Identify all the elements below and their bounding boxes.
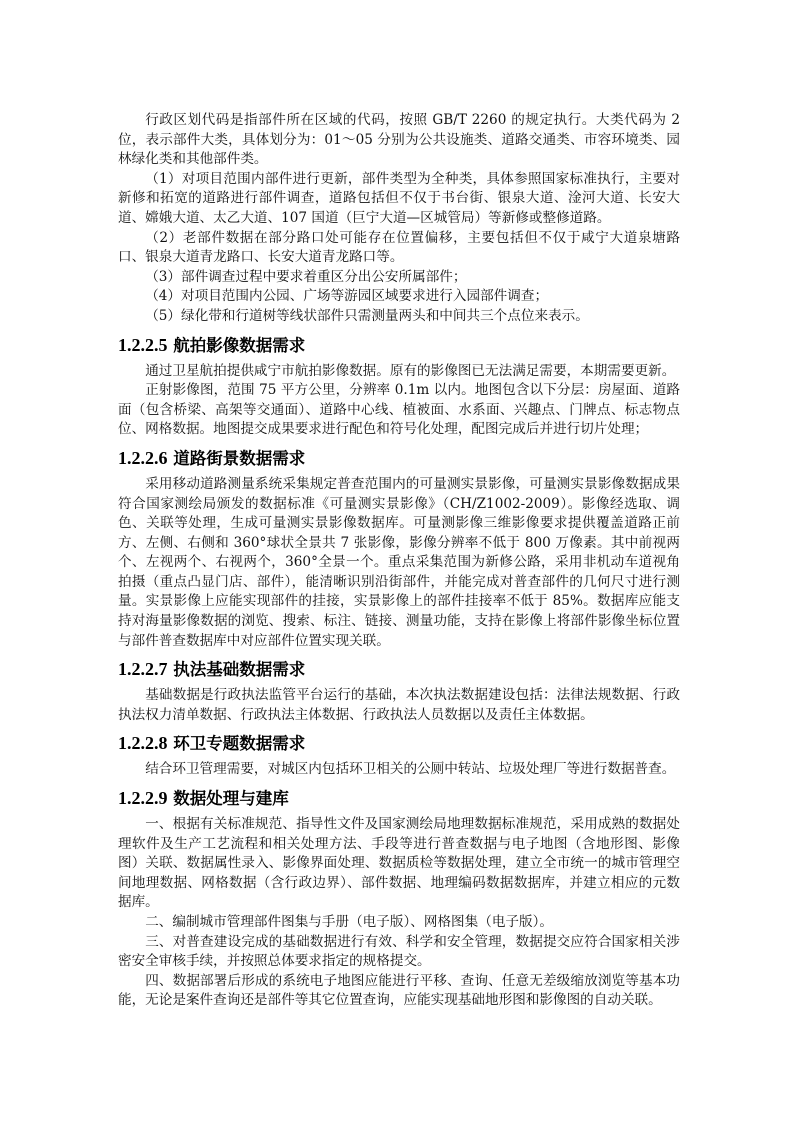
section-heading-1226: 1.2.2.6 道路街景数据需求: [118, 446, 680, 471]
intro-item-4: （4）对项目范围内公园、广场等游园区域要求进行入园部件调查；: [118, 287, 680, 307]
section-title: 道路街景数据需求: [173, 449, 305, 468]
section-number: 1.2.2.7: [118, 659, 168, 679]
section-paragraph: 四、数据部署后形成的系统电子地图应能进行平移、查询、任意无差级缩放浏览等基本功能…: [118, 972, 680, 1011]
section-title: 环卫专题数据需求: [173, 734, 305, 753]
section-number: 1.2.2.6: [118, 448, 168, 468]
section-number: 1.2.2.8: [118, 733, 168, 753]
section-title: 执法基础数据需求: [173, 660, 305, 679]
section-number: 1.2.2.5: [118, 335, 168, 355]
section-number: 1.2.2.9: [118, 788, 168, 808]
intro-paragraph: 行政区划代码是指部件所在区域的代码，按照 GB/T 2260 的规定执行。大类代…: [118, 111, 680, 170]
section-paragraph: 采用移动道路测量系统采集规定普查范围内的可量测实景影像，可量测实景影像数据成果符…: [118, 475, 680, 651]
intro-item-5: （5）绿化带和行道树等线状部件只需测量两头和中间共三个点位来表示。: [118, 307, 680, 327]
section-heading-1225: 1.2.2.5 航拍影像数据需求: [118, 333, 680, 358]
section-heading-1229: 1.2.2.9 数据处理与建库: [118, 786, 680, 811]
section-title: 航拍影像数据需求: [173, 336, 305, 355]
intro-item-2: （2）老部件数据在部分路口处可能存在位置偏移，主要包括但不仅于咸宁大道泉塘路口、…: [118, 229, 680, 268]
section-heading-1228: 1.2.2.8 环卫专题数据需求: [118, 731, 680, 756]
section-paragraph: 结合环卫管理需要，对城区内包括环卫相关的公厕中转站、垃圾处理厂等进行数据普查。: [118, 760, 680, 780]
section-paragraph: 三、对普查建设完成的基础数据进行有效、科学和安全管理，数据提交应符合国家相关涉密…: [118, 933, 680, 972]
section-paragraph: 正射影像图，范围 75 平方公里，分辨率 0.1m 以内。地图包含以下分层：房屋…: [118, 381, 680, 440]
intro-item-1: （1）对项目范围内部件进行更新，部件类型为全种类，具体参照国家标准执行，主要对新…: [118, 170, 680, 229]
document-page: 行政区划代码是指部件所在区域的代码，按照 GB/T 2260 的规定执行。大类代…: [118, 111, 680, 1011]
intro-item-3: （3）部件调查过程中要求着重区分出公安所属部件；: [118, 268, 680, 288]
section-paragraph: 通过卫星航拍提供咸宁市航拍影像数据。原有的影像图已无法满足需要，本期需要更新。: [118, 362, 680, 382]
section-paragraph: 一、根据有关标准规范、指导性文件及国家测绘局地理数据标准规范，采用成熟的数据处理…: [118, 815, 680, 913]
section-heading-1227: 1.2.2.7 执法基础数据需求: [118, 657, 680, 682]
section-paragraph: 二、编制城市管理部件图集与手册（电子版）、网格图集（电子版）。: [118, 913, 680, 933]
section-paragraph: 基础数据是行政执法监管平台运行的基础，本次执法数据建设包括：法律法规数据、行政执…: [118, 686, 680, 725]
section-title: 数据处理与建库: [173, 789, 289, 808]
